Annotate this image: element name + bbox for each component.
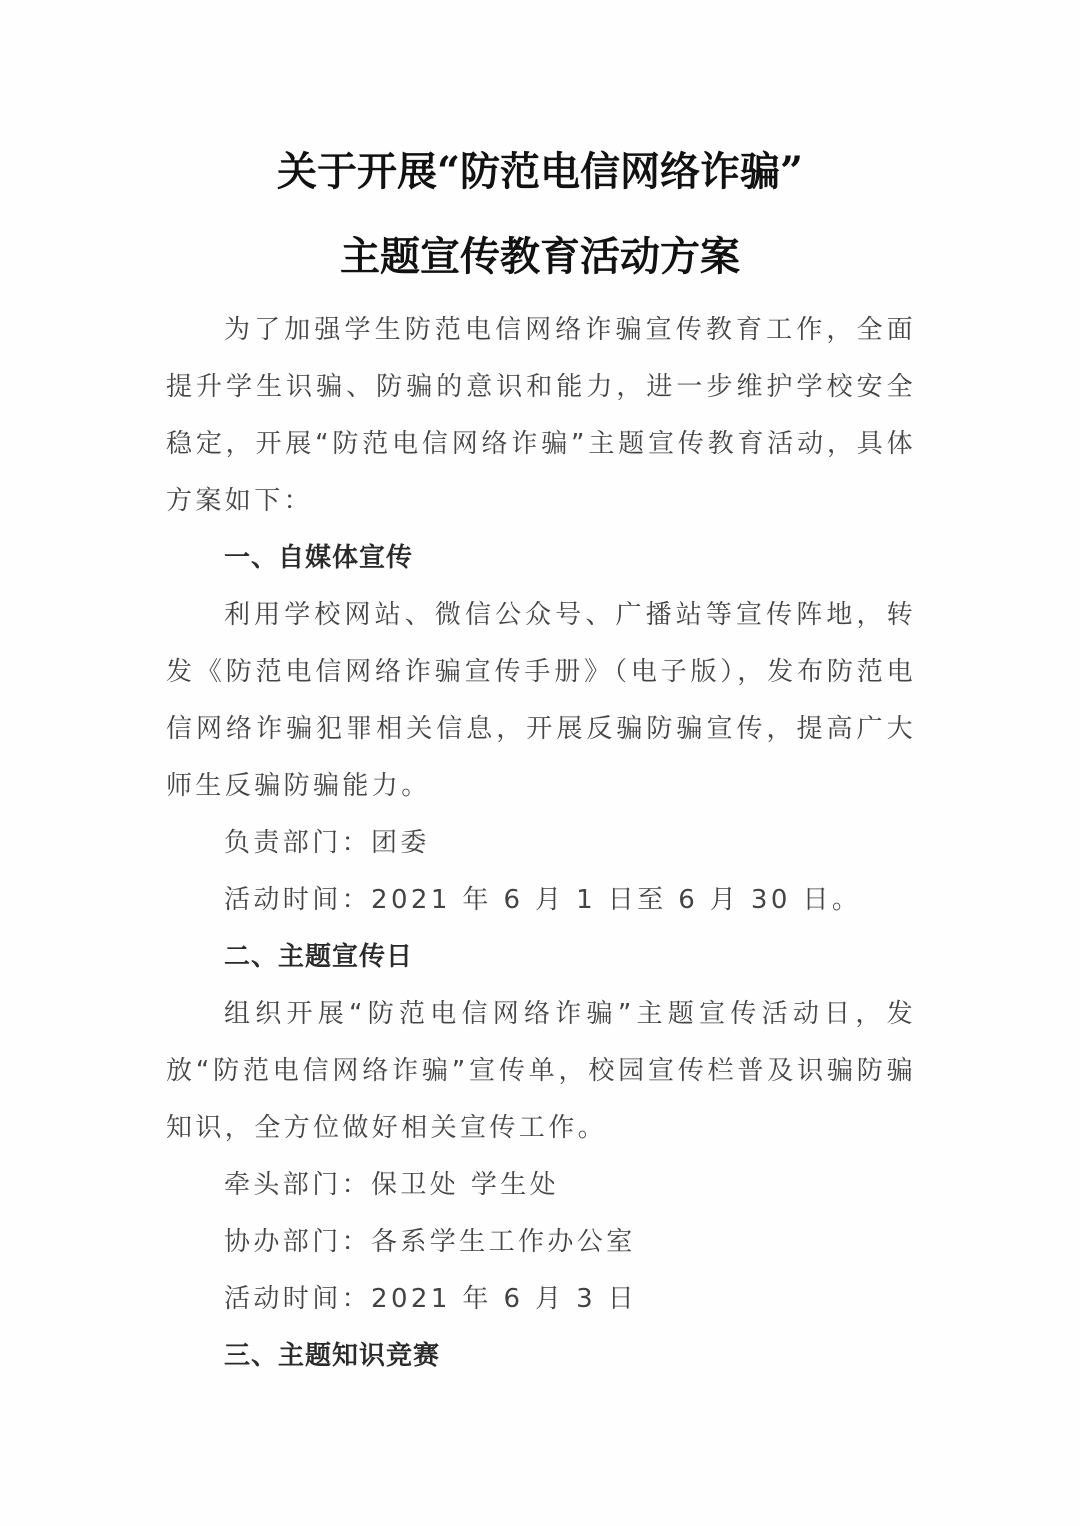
document-body: 为了加强学生防范电信网络诈骗宣传教育工作，全面提升学生识骗、防骗的意识和能力，进…	[166, 302, 916, 1385]
section-2-lead-dept: 牵头部门：保卫处 学生处	[166, 1157, 916, 1214]
document-title-line-1: 关于开展“防范电信网络诈骗”	[0, 148, 1080, 196]
section-1-responsible-dept: 负责部门：团委	[166, 815, 916, 872]
section-heading-3: 三、主题知识竞赛	[166, 1328, 916, 1385]
section-2-body: 组织开展“防范电信网络诈骗”主题宣传活动日，发放“防范电信网络诈骗”宣传单，校园…	[166, 986, 916, 1157]
document-title-line-2: 主题宣传教育活动方案	[0, 233, 1080, 281]
section-heading-2: 二、主题宣传日	[166, 929, 916, 986]
section-1-body: 利用学校网站、微信公众号、广播站等宣传阵地，转发《防范电信网络诈骗宣传手册》（电…	[166, 587, 916, 815]
section-2-assist-dept: 协办部门：各系学生工作办公室	[166, 1214, 916, 1271]
section-2-activity-time: 活动时间：2021 年 6 月 3 日	[166, 1271, 916, 1328]
document-page: { "document": { "title_line_1": "关于开展“防范…	[0, 0, 1080, 1526]
section-1-activity-time: 活动时间：2021 年 6 月 1 日至 6 月 30 日。	[166, 872, 916, 929]
section-heading-1: 一、自媒体宣传	[166, 530, 916, 587]
intro-paragraph: 为了加强学生防范电信网络诈骗宣传教育工作，全面提升学生识骗、防骗的意识和能力，进…	[166, 302, 916, 530]
